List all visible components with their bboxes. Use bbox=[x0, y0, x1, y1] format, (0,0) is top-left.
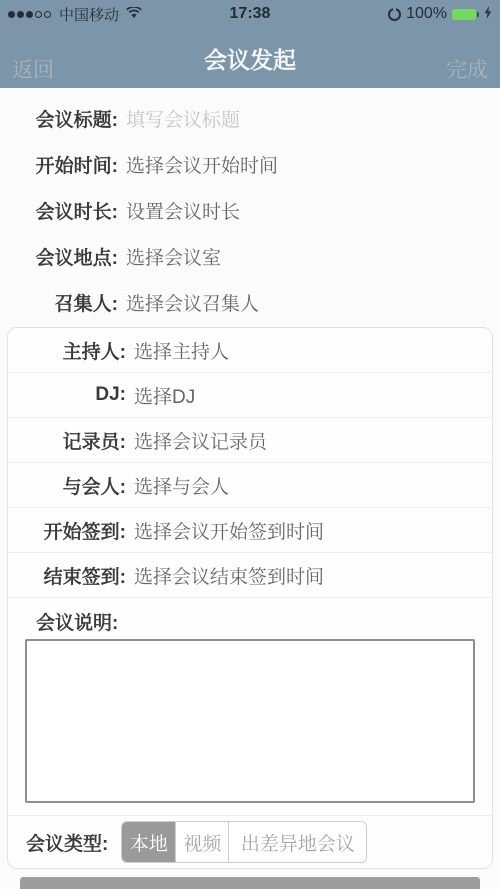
upper-rows: 会议标题: 填写会议标题 开始时间: 选择会议开始时间 会议时长: 设置会议时长… bbox=[0, 88, 500, 325]
field-value: 选择与会人 bbox=[134, 472, 229, 499]
field-duration[interactable]: 会议时长: 设置会议时长 bbox=[0, 187, 500, 233]
field-checkin-end[interactable]: 结束签到: 选择会议结束签到时间 bbox=[8, 553, 492, 598]
field-value: 选择会议结束签到时间 bbox=[134, 562, 324, 589]
submit-button[interactable] bbox=[20, 877, 480, 889]
field-value: 选择会议室 bbox=[126, 243, 221, 270]
meeting-type-segmented-control: 本地 视频 出差异地会议 bbox=[121, 821, 367, 863]
field-value: 选择DJ bbox=[134, 382, 195, 409]
done-button[interactable]: 完成 bbox=[446, 54, 488, 84]
page-title: 会议发起 bbox=[0, 42, 500, 75]
field-value: 选择会议开始签到时间 bbox=[134, 517, 324, 544]
field-label: 记录员: bbox=[8, 427, 126, 454]
field-value: 选择主持人 bbox=[134, 337, 229, 364]
field-participants[interactable]: 与会人: 选择与会人 bbox=[8, 463, 492, 508]
field-dj[interactable]: DJ: 选择DJ bbox=[8, 373, 492, 418]
meeting-description-input[interactable] bbox=[25, 639, 475, 803]
field-value: 选择会议记录员 bbox=[134, 427, 267, 454]
meeting-type-label: 会议类型: bbox=[26, 829, 108, 856]
segment-local[interactable]: 本地 bbox=[122, 822, 176, 862]
charging-bolt-icon bbox=[484, 6, 492, 23]
field-checkin-start[interactable]: 开始签到: 选择会议开始签到时间 bbox=[8, 508, 492, 553]
battery-percent: 100% bbox=[406, 5, 447, 23]
status-left: 中国移动 bbox=[8, 4, 142, 25]
field-label: 会议地点: bbox=[0, 243, 118, 270]
field-value: 设置会议时长 bbox=[126, 197, 240, 224]
meeting-create-screen: 中国移动 17:38 100% bbox=[0, 0, 500, 889]
status-bar: 中国移动 17:38 100% bbox=[0, 0, 500, 28]
carrier-label: 中国移动 bbox=[59, 4, 119, 25]
field-label: 会议标题: bbox=[0, 105, 118, 132]
field-location[interactable]: 会议地点: 选择会议室 bbox=[0, 233, 500, 279]
field-start-time[interactable]: 开始时间: 选择会议开始时间 bbox=[0, 141, 500, 187]
field-host[interactable]: 主持人: 选择主持人 bbox=[8, 328, 492, 373]
nav-bar: 返回 会议发起 完成 bbox=[0, 28, 500, 88]
segment-remote[interactable]: 出差异地会议 bbox=[229, 822, 366, 862]
segment-video[interactable]: 视频 bbox=[176, 822, 229, 862]
battery-icon bbox=[452, 9, 476, 20]
field-label: 与会人: bbox=[8, 472, 126, 499]
rotation-lock-icon bbox=[388, 8, 401, 21]
top-bar: 中国移动 17:38 100% bbox=[0, 0, 500, 88]
field-meeting-title[interactable]: 会议标题: 填写会议标题 bbox=[0, 95, 500, 141]
field-label: 开始签到: bbox=[8, 517, 126, 544]
meeting-type-row: 会议类型: 本地 视频 出差异地会议 bbox=[8, 816, 492, 868]
field-convener[interactable]: 召集人: 选择会议召集人 bbox=[0, 279, 500, 325]
field-value: 选择会议开始时间 bbox=[126, 151, 278, 178]
field-label: DJ: bbox=[8, 384, 126, 406]
form-panel: 主持人: 选择主持人 DJ: 选择DJ 记录员: 选择会议记录员 与会人: 选择… bbox=[7, 327, 493, 869]
field-placeholder: 填写会议标题 bbox=[126, 105, 240, 132]
signal-strength-icon bbox=[8, 11, 51, 18]
field-label: 开始时间: bbox=[0, 151, 118, 178]
field-label: 结束签到: bbox=[8, 562, 126, 589]
field-value: 选择会议召集人 bbox=[126, 289, 259, 316]
field-recorder[interactable]: 记录员: 选择会议记录员 bbox=[8, 418, 492, 463]
form-content: 会议标题: 填写会议标题 开始时间: 选择会议开始时间 会议时长: 设置会议时长… bbox=[0, 88, 500, 889]
field-label: 会议时长: bbox=[0, 197, 118, 224]
status-right: 100% bbox=[388, 5, 492, 23]
field-label: 主持人: bbox=[8, 337, 126, 364]
field-label: 召集人: bbox=[0, 289, 118, 316]
description-label: 会议说明: bbox=[8, 598, 492, 639]
description-section: 会议说明: bbox=[8, 598, 492, 816]
wifi-icon bbox=[126, 6, 142, 23]
